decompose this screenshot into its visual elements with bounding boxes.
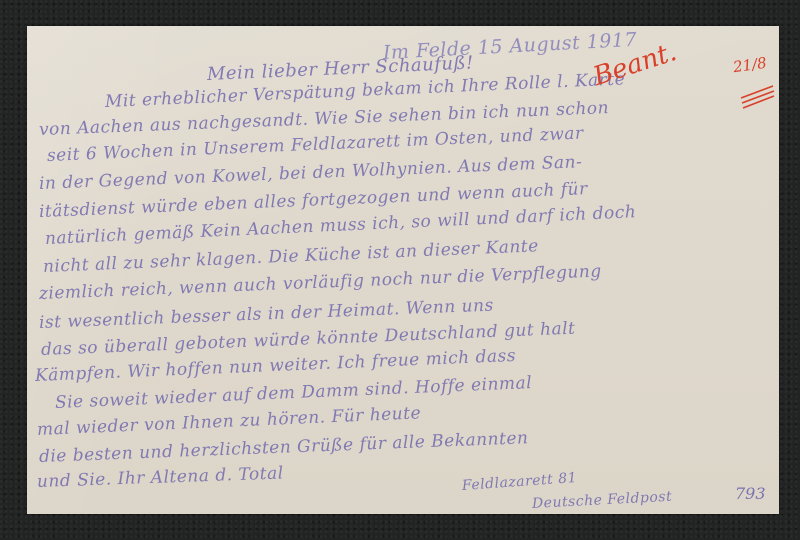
body-line-15: und Sie. Ihr Altena d. Total bbox=[37, 463, 284, 492]
address-line-1: Feldlazarett 81 bbox=[461, 470, 577, 494]
answered-date-annotation: 21/8 bbox=[732, 54, 768, 77]
page-number: 793 bbox=[735, 484, 766, 503]
red-underline-strokes-icon bbox=[739, 84, 775, 110]
address-line-2: Deutsche Feldpost bbox=[532, 489, 673, 512]
postcard: Im Felde 15 August 1917 Mein lieber Herr… bbox=[27, 26, 779, 514]
